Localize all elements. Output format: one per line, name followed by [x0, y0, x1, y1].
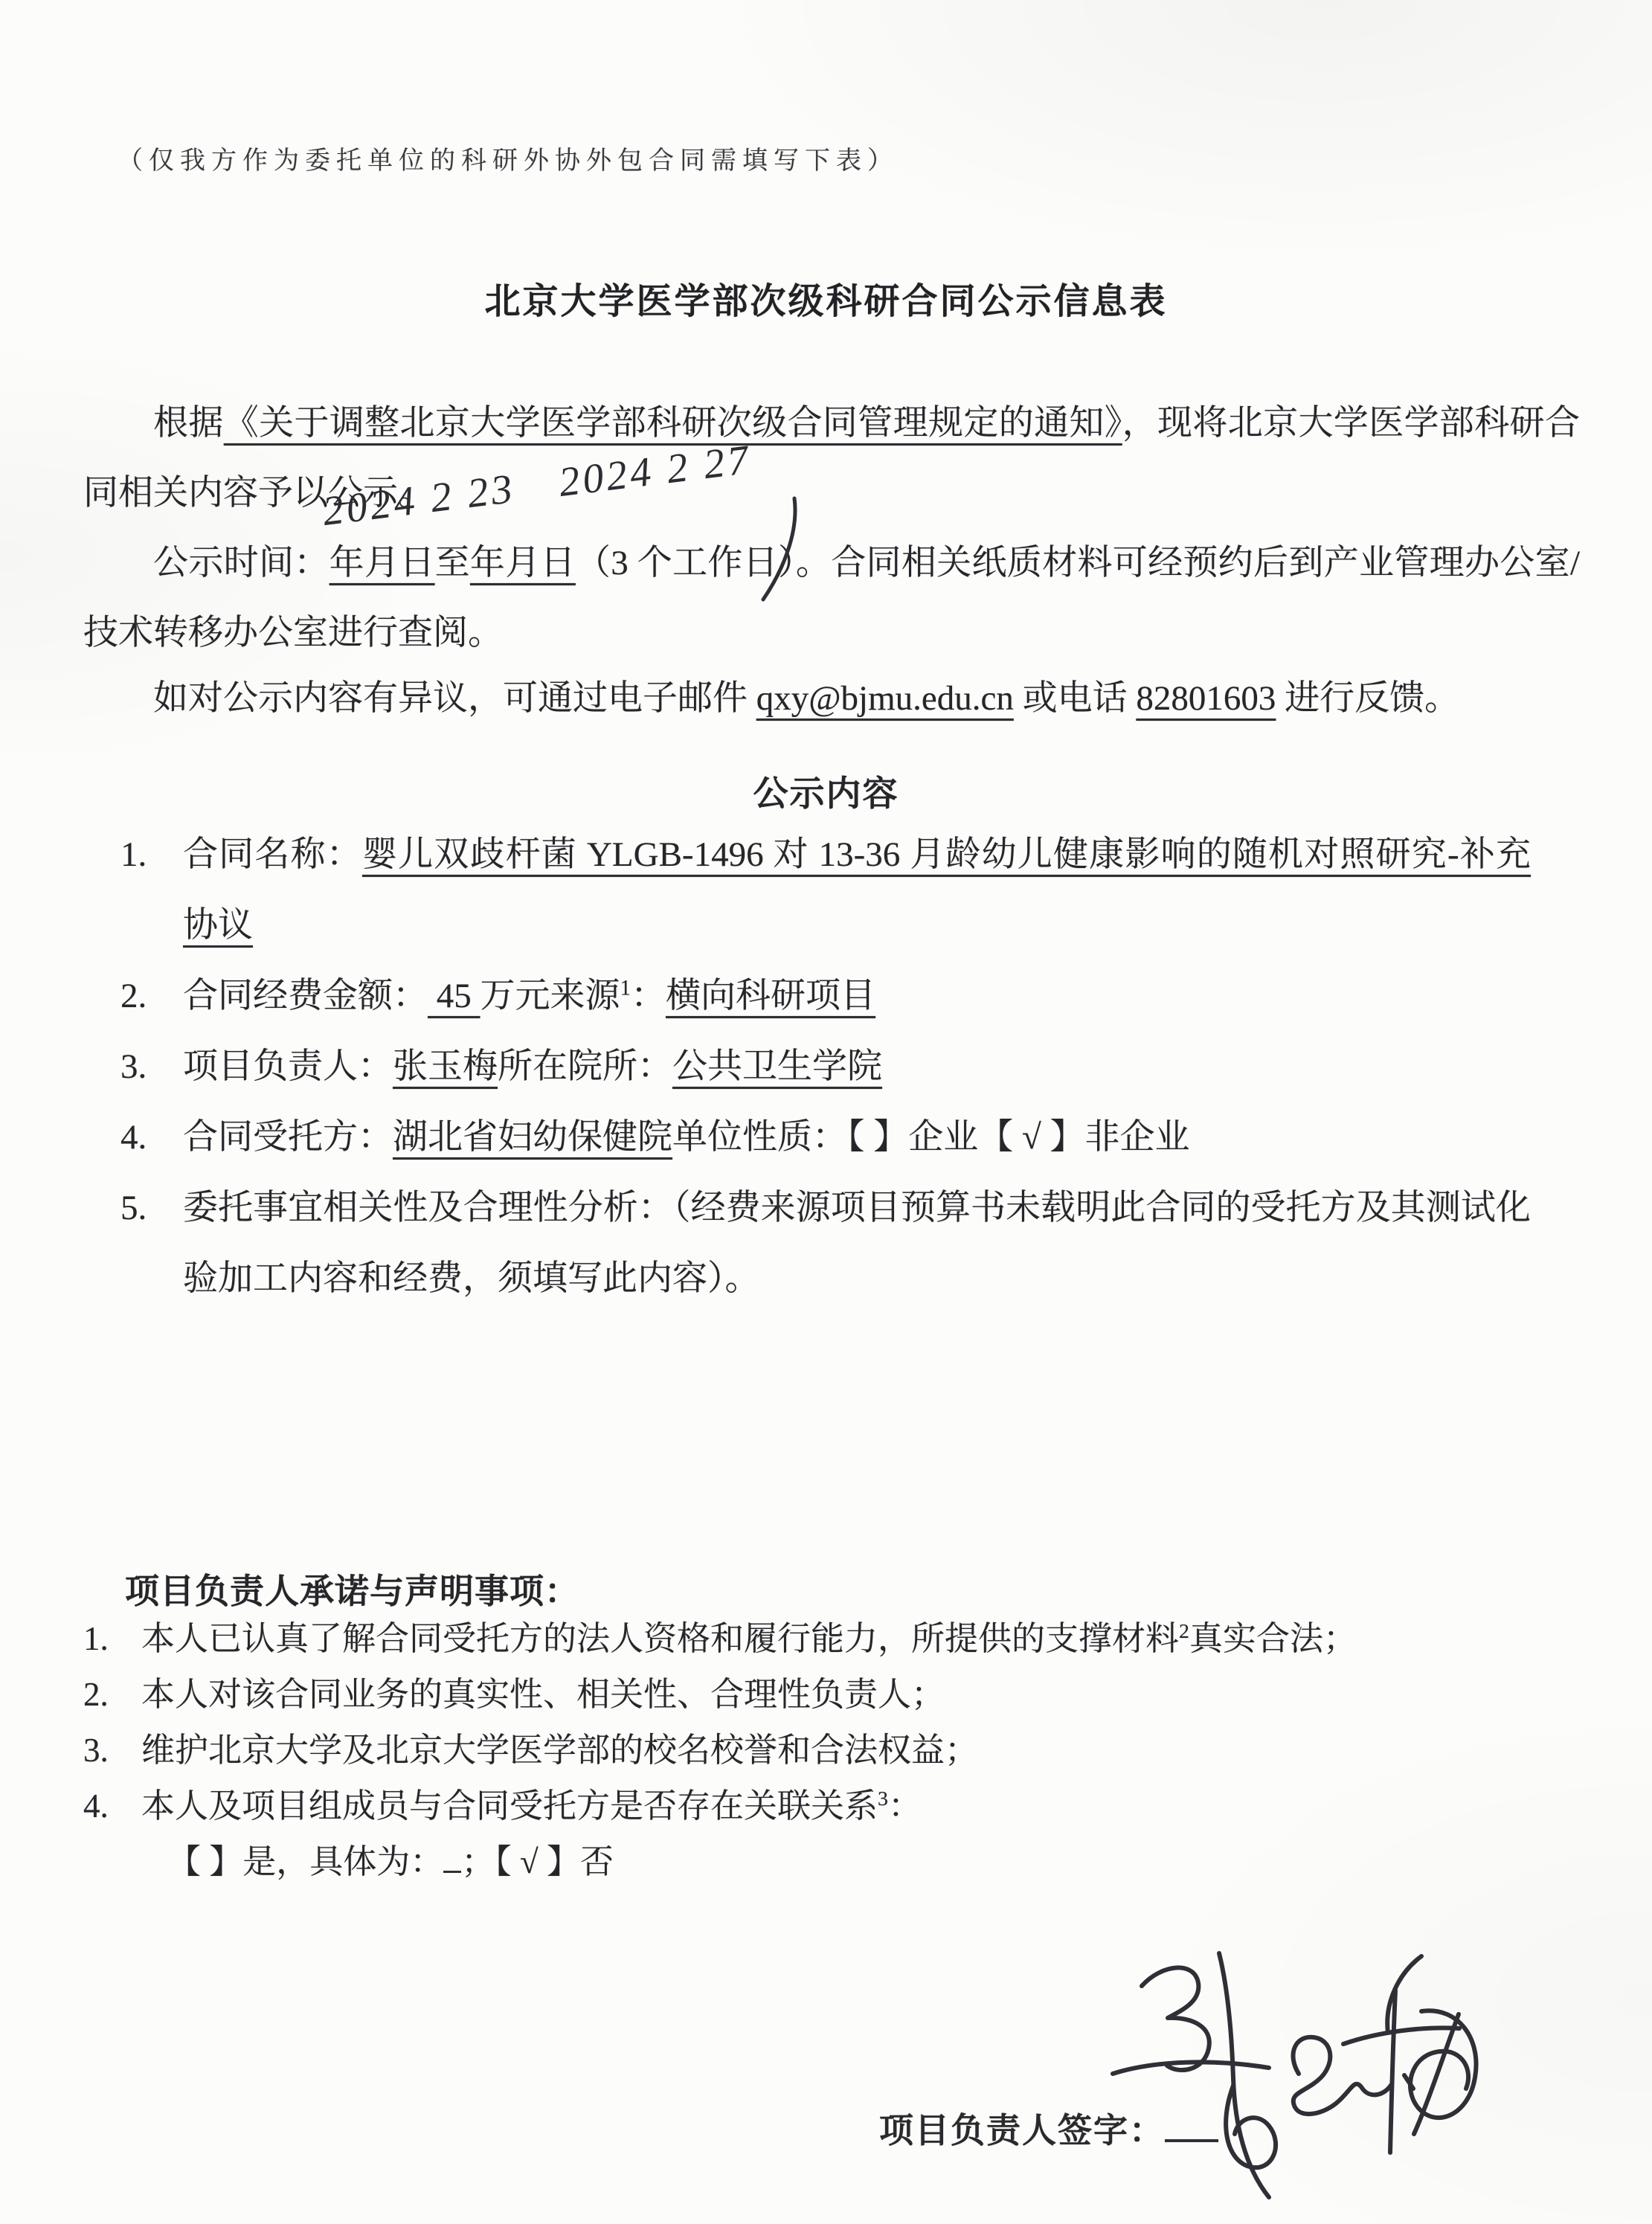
intro-prefix: 根据	[153, 404, 224, 443]
phone-text: 82801603	[1136, 679, 1276, 718]
declaration-1-tail: 真实合法；	[1189, 1620, 1357, 1657]
footnote-marker-2: 2	[1179, 1620, 1189, 1643]
amount-label: 合同经费金额：	[183, 977, 428, 1015]
list-item-pi: 3. 项目负责人：张玉梅所在院所：公共卫生学院	[83, 1032, 1580, 1102]
publicity-section-heading: 公示内容	[0, 766, 1652, 816]
funding-source-value: 横向科研项目	[666, 977, 875, 1015]
item-number: 3.	[83, 1032, 183, 1102]
entity-type-checkboxes: 单位性质：【 】企业【 √ 】非企业	[672, 1118, 1190, 1157]
item-number: 1.	[83, 820, 183, 961]
declaration-1-text: 本人已认真了解合同受托方的法人资格和履行能力，所提供的支撑材料	[141, 1620, 1179, 1657]
contract-info-list: 1. 合同名称：婴儿双歧杆菌 YLGB-1496 对 13-36 月龄幼儿健康影…	[83, 820, 1580, 1314]
date-blank-end: 年月日	[470, 544, 576, 582]
notice-title: 《关于调整北京大学医学部科研次级合同管理规定的通知》	[224, 404, 1122, 443]
item-number: 4.	[83, 1102, 183, 1173]
publicity-time-paragraph: 公示时间：年月日至年月日（3 个工作日）。合同相关纸质材料可经预约后到产业管理办…	[83, 528, 1580, 668]
list-item-trustee: 4. 合同受托方：湖北省妇幼保健院单位性质：【 】企业【 √ 】非企业	[83, 1102, 1580, 1173]
feedback-prefix: 如对公示内容有异议，可通过电子邮件	[153, 679, 756, 718]
declaration-list: 1. 本人已认真了解合同受托方的法人资格和履行能力，所提供的支撑材料2真实合法；…	[83, 1611, 1601, 1890]
document-page: （仅我方作为委托单位的科研外协外包合同需填写下表） 北京大学医学部次级科研合同公…	[0, 0, 1652, 2224]
item-number: 3.	[83, 1723, 141, 1778]
declaration-3-text: 维护北京大学及北京大学医学部的校名校誉和合法权益；	[141, 1723, 1601, 1778]
signature-handwriting	[1108, 1943, 1510, 2218]
email-text: qxy@bjmu.edu.cn	[756, 679, 1014, 718]
trustee-label: 合同受托方：	[183, 1118, 393, 1157]
checkbox-no-text: ；【 √ 】否	[461, 1843, 614, 1880]
contract-name-label: 合同名称：	[183, 835, 362, 874]
declaration-item: 3. 维护北京大学及北京大学医学部的校名校誉和合法权益；	[83, 1723, 1601, 1778]
institute-label: 所在院所：	[498, 1047, 672, 1086]
pi-label: 项目负责人：	[183, 1047, 393, 1086]
handwritten-stroke	[759, 494, 803, 605]
item-number: 2.	[83, 961, 183, 1032]
declaration-4-text: 本人及项目组成员与合同受托方是否存在关联关系	[141, 1787, 878, 1825]
trustee-value: 湖北省妇幼保健院	[393, 1118, 672, 1157]
list-item-contract-amount: 2. 合同经费金额： 45 万元来源1：横向科研项目	[83, 961, 1580, 1032]
page-title: 北京大学医学部次级科研合同公示信息表	[0, 272, 1652, 324]
list-item-contract-name: 1. 合同名称：婴儿双歧杆菌 YLGB-1496 对 13-36 月龄幼儿健康影…	[83, 820, 1580, 961]
declaration-4-colon: ：	[888, 1787, 922, 1825]
list-item-analysis: 5. 委托事宜相关性及合理性分析：（经费来源项目预算书未载明此合同的受托方及其测…	[83, 1173, 1580, 1314]
declaration-item: 2. 本人对该合同业务的真实性、相关性、合理性负责人；	[83, 1667, 1601, 1723]
checkbox-yes-text: 【 】是，具体为：	[167, 1843, 443, 1880]
blank-underline	[443, 1841, 461, 1873]
publicity-time-label: 公示时间：	[153, 544, 330, 582]
relation-option-line: 【 】是，具体为：；【 √ 】否	[83, 1834, 1601, 1890]
footnote-marker-1: 1	[620, 976, 631, 1000]
source-colon: ：	[631, 977, 666, 1015]
date-blank-start: 年月日	[330, 544, 435, 582]
item-number: 2.	[83, 1667, 141, 1723]
amount-value: 45	[428, 977, 481, 1015]
analysis-text: 委托事宜相关性及合理性分析：（经费来源项目预算书未载明此合同的受托方及其测试化验…	[183, 1173, 1531, 1314]
top-note: （仅我方作为委托单位的科研外协外包合同需填写下表）	[118, 140, 899, 176]
date-to-text: 至	[435, 544, 470, 582]
declaration-item: 1. 本人已认真了解合同受托方的法人资格和履行能力，所提供的支撑材料2真实合法；	[83, 1611, 1601, 1667]
declaration-item: 4. 本人及项目组成员与合同受托方是否存在关联关系3：	[83, 1778, 1601, 1834]
item-number: 4.	[83, 1778, 141, 1834]
item-number: 1.	[83, 1611, 141, 1667]
contract-name-value: 婴儿双歧杆菌 YLGB-1496 对 13-36 月龄幼儿健康影响的随机对照研究…	[183, 835, 1531, 945]
item-number: 5.	[83, 1173, 183, 1314]
declaration-heading: 项目负责人承诺与声明事项：	[125, 1564, 579, 1613]
feedback-paragraph: 如对公示内容有异议，可通过电子邮件 qxy@bjmu.edu.cn 或电话 82…	[83, 663, 1580, 733]
declaration-2-text: 本人对该合同业务的真实性、相关性、合理性负责人；	[141, 1667, 1601, 1723]
feedback-suffix: 进行反馈。	[1276, 679, 1459, 718]
footnote-marker-3: 3	[878, 1787, 888, 1810]
institute-value: 公共卫生学院	[672, 1047, 882, 1086]
amount-unit-source: 万元来源	[481, 977, 620, 1015]
feedback-middle: 或电话	[1014, 679, 1137, 718]
pi-name-value: 张玉梅	[393, 1047, 498, 1086]
